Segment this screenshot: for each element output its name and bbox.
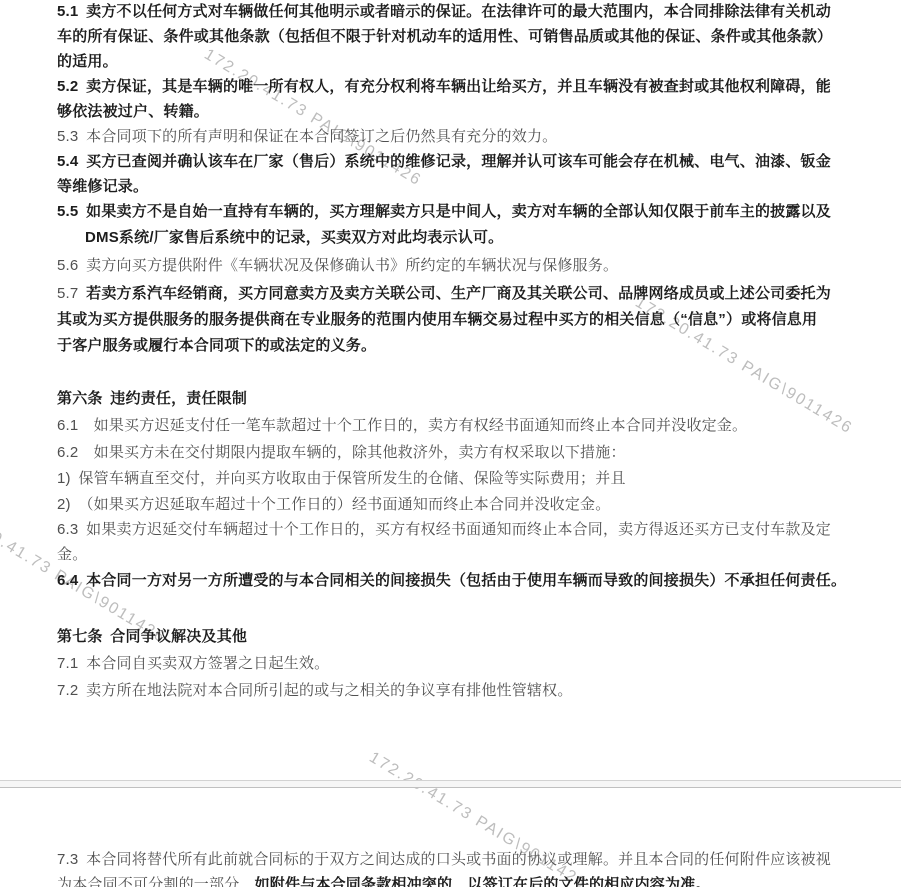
contract-text: 6.3 如果卖方迟延交付车辆超过十个工作日的，买方有权经书面通知而终止本合同，卖… bbox=[57, 521, 831, 538]
contract-text-bold: 若卖方系汽车经销商，买方同意卖方及卖方关联公司、生产厂商及其关联公司、品牌网络成… bbox=[86, 285, 831, 302]
contract-text-bold: 够依法被过户、转籍。 bbox=[57, 103, 209, 120]
contract-text: 2) （如果买方迟延取车超过十个工作日的）经书面通知而终止本合同并没收定金。 bbox=[57, 496, 610, 513]
contract-line: 车的所有保证、条件或其他条款（包括但不限于针对机动车的适用性、可销售品质或其他的… bbox=[57, 28, 832, 47]
contract-text-bold: 第七条 合同争议解决及其他 bbox=[57, 628, 247, 645]
contract-line: 等维修记录。 bbox=[57, 178, 148, 197]
contract-text-bold: 的适用。 bbox=[57, 53, 118, 70]
contract-line: 5.2 卖方保证，其是车辆的唯一所有权人，有充分权利将车辆出让给买方，并且车辆没… bbox=[57, 78, 831, 97]
contract-text-bold: DMS系统/厂家售后系统中的记录，买卖双方对此均表示认可。 bbox=[85, 229, 503, 246]
contract-line: 7.2 卖方所在地法院对本合同所引起的或与之相关的争议享有排他性管辖权。 bbox=[57, 682, 573, 701]
contract-text-bold: 5.1 卖方不以任何方式对车辆做任何其他明示或者暗示的保证。在法律许可的最大范围… bbox=[57, 3, 831, 20]
contract-text: 5.6 卖方向买方提供附件《车辆状况及保修确认书》所约定的车辆状况与保修服务。 bbox=[57, 257, 618, 274]
contract-line: 金。 bbox=[57, 546, 87, 565]
contract-text-bold: 第六条 违约责任，责任限制 bbox=[57, 390, 247, 407]
contract-line: DMS系统/厂家售后系统中的记录，买卖双方对此均表示认可。 bbox=[85, 229, 503, 248]
contract-line: 6.4 本合同一方对另一方所遭受的与本合同相关的间接损失（包括由于使用车辆而导致… bbox=[57, 572, 846, 591]
contract-text-bold: 其或为买方提供服务的服务提供商在专业服务的范围内使用车辆交易过程中买方的相关信息… bbox=[57, 311, 817, 328]
contract-line: 5.7 若卖方系汽车经销商，买方同意卖方及卖方关联公司、生产厂商及其关联公司、品… bbox=[57, 285, 831, 304]
contract-line: 其或为买方提供服务的服务提供商在专业服务的范围内使用车辆交易过程中买方的相关信息… bbox=[57, 311, 817, 330]
contract-line: 够依法被过户、转籍。 bbox=[57, 103, 209, 122]
contract-text: 金。 bbox=[57, 546, 87, 563]
contract-line: 于客户服务或履行本合同项下的或法定的义务。 bbox=[57, 337, 376, 356]
contract-text: 7.1 本合同自买卖双方签署之日起生效。 bbox=[57, 655, 329, 672]
contract-line: 第六条 违约责任，责任限制 bbox=[57, 390, 247, 409]
page-break-divider bbox=[0, 780, 901, 788]
contract-text-bold: 5.2 卖方保证，其是车辆的唯一所有权人，有充分权利将车辆出让给买方，并且车辆没… bbox=[57, 78, 831, 95]
contract-line: 6.2 如果买方未在交付期限内提取车辆的，除其他救济外，卖方有权采取以下措施： bbox=[57, 444, 626, 463]
contract-line: 6.3 如果卖方迟延交付车辆超过十个工作日的，买方有权经书面通知而终止本合同，卖… bbox=[57, 521, 831, 540]
contract-text: 6.2 如果买方未在交付期限内提取车辆的，除其他救济外，卖方有权采取以下措施： bbox=[57, 444, 626, 461]
contract-text: 7.2 卖方所在地法院对本合同所引起的或与之相关的争议享有排他性管辖权。 bbox=[57, 682, 573, 699]
contract-text: 1) 保管车辆直至交付，并向买方收取由于保管所发生的仓储、保险等实际费用；并且 bbox=[57, 470, 626, 487]
contract-text-bold: 5.4 买方已查阅并确认该车在厂家（售后）系统中的维修记录，理解并认可该车可能会… bbox=[57, 153, 831, 170]
contract-line: 的适用。 bbox=[57, 53, 118, 72]
contract-text-bold: 如附件与本合同条款相冲突的，以签订在后的文件的相应内容为准。 bbox=[255, 876, 711, 887]
contract-text: 5.7 bbox=[57, 285, 86, 302]
contract-text-bold: 5.5 如果卖方不是自始一直持有车辆的，买方理解卖方只是中间人，卖方对车辆的全部… bbox=[57, 203, 831, 220]
contract-line: 1) 保管车辆直至交付，并向买方收取由于保管所发生的仓储、保险等实际费用；并且 bbox=[57, 470, 626, 489]
contract-text-bold: 于客户服务或履行本合同项下的或法定的义务。 bbox=[57, 337, 376, 354]
contract-text-bold: 等维修记录。 bbox=[57, 178, 148, 195]
contract-line: 5.6 卖方向买方提供附件《车辆状况及保修确认书》所约定的车辆状况与保修服务。 bbox=[57, 257, 618, 276]
contract-line: 5.3 本合同项下的所有声明和保证在本合同签订之后仍然具有充分的效力。 bbox=[57, 128, 557, 147]
contract-document-page: 172.20.41.73 PAIG\9011426172.20.41.73 PA… bbox=[0, 0, 901, 887]
contract-text-bold: 车的所有保证、条件或其他条款（包括但不限于针对机动车的适用性、可销售品质或其他的… bbox=[57, 28, 832, 45]
contract-line: 5.4 买方已查阅并确认该车在厂家（售后）系统中的维修记录，理解并认可该车可能会… bbox=[57, 153, 831, 172]
contract-line: 7.1 本合同自买卖双方签署之日起生效。 bbox=[57, 655, 329, 674]
contract-text-layer: 5.1 卖方不以任何方式对车辆做任何其他明示或者暗示的保证。在法律许可的最大范围… bbox=[0, 0, 901, 887]
contract-text: 7.3 本合同将替代所有此前就合同标的于双方之间达成的口头或书面的协议或理解。并… bbox=[57, 851, 831, 868]
contract-line: 2) （如果买方迟延取车超过十个工作日的）经书面通知而终止本合同并没收定金。 bbox=[57, 496, 610, 515]
contract-text: 5.3 本合同项下的所有声明和保证在本合同签订之后仍然具有充分的效力。 bbox=[57, 128, 557, 145]
contract-line: 为本合同不可分割的一部分，如附件与本合同条款相冲突的，以签订在后的文件的相应内容… bbox=[57, 876, 711, 887]
contract-line: 7.3 本合同将替代所有此前就合同标的于双方之间达成的口头或书面的协议或理解。并… bbox=[57, 851, 831, 870]
contract-line: 6.1 如果买方迟延支付任一笔车款超过十个工作日的，卖方有权经书面通知而终止本合… bbox=[57, 417, 747, 436]
contract-text: 为本合同不可分割的一部分， bbox=[57, 876, 255, 887]
contract-line: 5.1 卖方不以任何方式对车辆做任何其他明示或者暗示的保证。在法律许可的最大范围… bbox=[57, 3, 831, 22]
contract-text: 6.1 如果买方迟延支付任一笔车款超过十个工作日的，卖方有权经书面通知而终止本合… bbox=[57, 417, 747, 434]
contract-line: 5.5 如果卖方不是自始一直持有车辆的，买方理解卖方只是中间人，卖方对车辆的全部… bbox=[57, 203, 831, 222]
contract-text-bold: 6.4 本合同一方对另一方所遭受的与本合同相关的间接损失（包括由于使用车辆而导致… bbox=[57, 572, 846, 589]
contract-line: 第七条 合同争议解决及其他 bbox=[57, 628, 247, 647]
